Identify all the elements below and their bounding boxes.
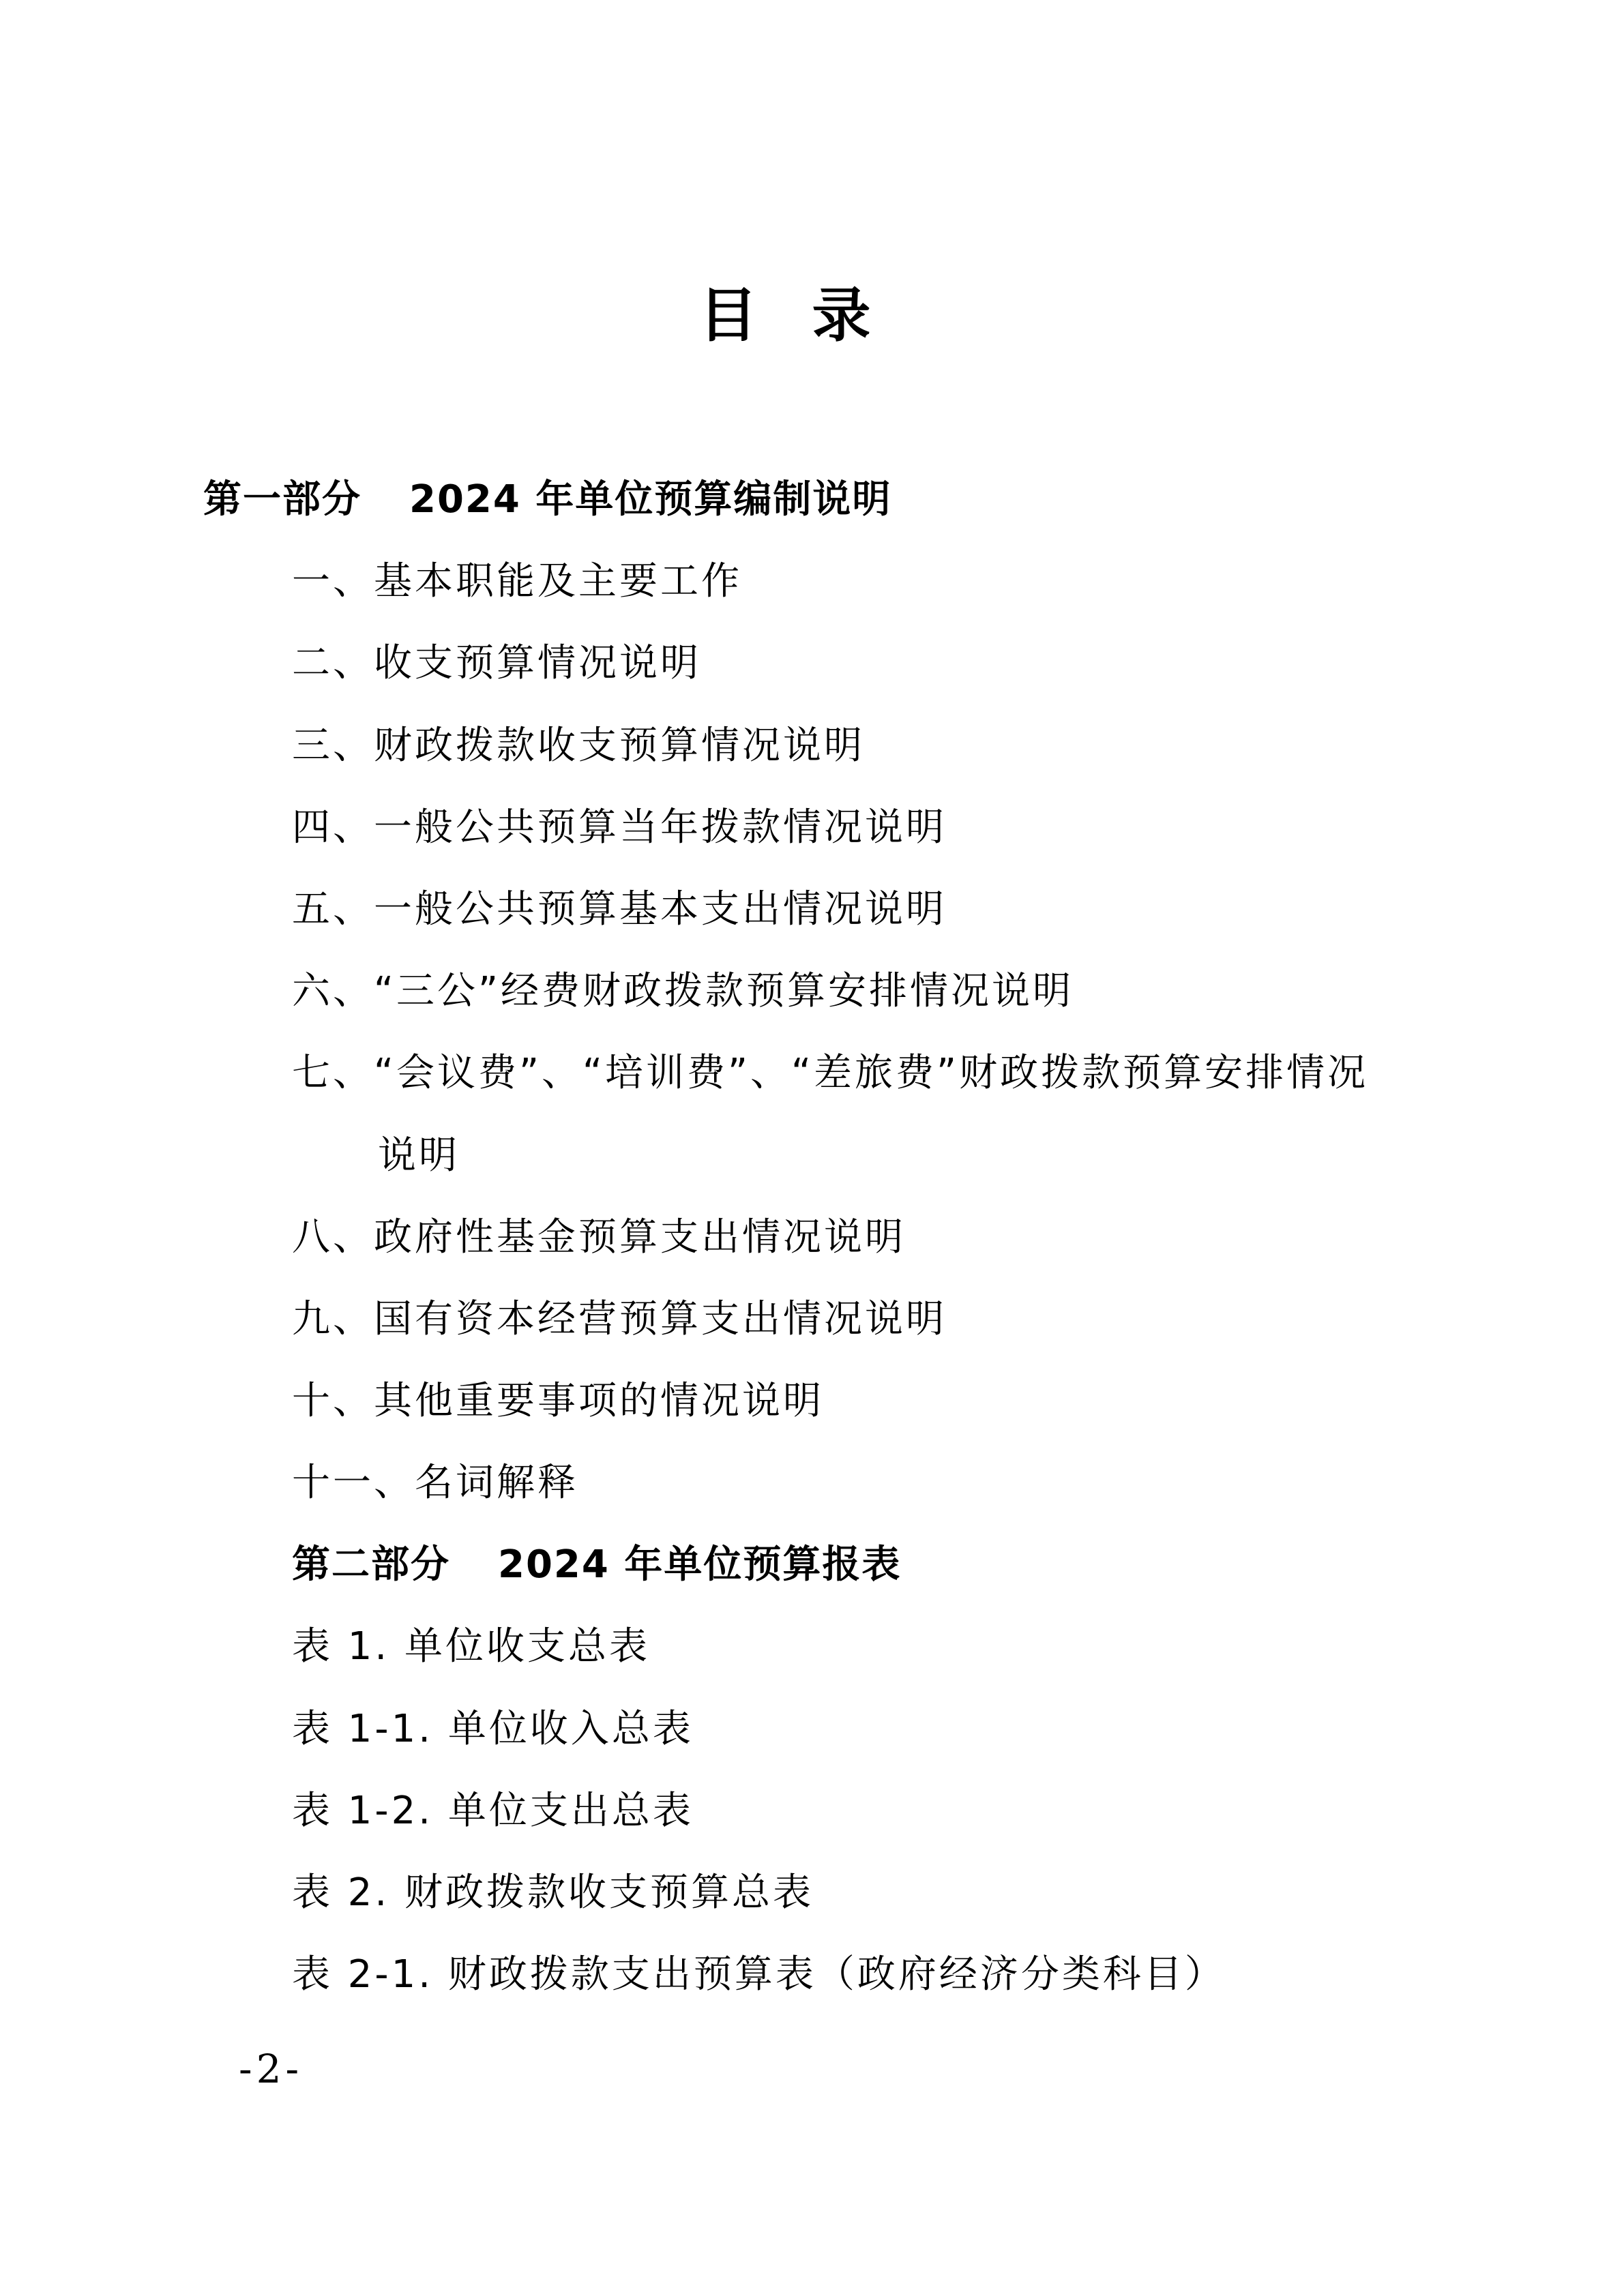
toc-item[interactable]: 十一、名词解释 — [292, 1464, 578, 1502]
toc-item-continuation[interactable]: 说明 — [378, 1137, 460, 1175]
toc-item[interactable]: 一、基本职能及主要工作 — [292, 563, 742, 601]
toc-item[interactable]: 十、其他重要事项的情况说明 — [292, 1382, 824, 1420]
page-number: -2- — [239, 2046, 303, 2092]
toc-item[interactable]: 四、一般公共预算当年拨款情况说明 — [292, 809, 947, 847]
toc-item[interactable]: 二、收支预算情况说明 — [292, 644, 701, 683]
toc-table-item[interactable]: 表 1. 单位收支总表 — [292, 1628, 650, 1666]
toc-table-item[interactable]: 表 2. 财政拨款收支预算总表 — [292, 1874, 814, 1912]
toc-table-item[interactable]: 表 1-2. 单位支出总表 — [292, 1792, 694, 1830]
toc-item[interactable]: 八、政府性基金预算支出情况说明 — [292, 1219, 906, 1257]
toc-item[interactable]: 五、一般公共预算基本支出情况说明 — [292, 891, 947, 929]
page-title: 目录 — [0, 286, 1624, 345]
toc-item[interactable]: 六、“三公”经费财政拨款预算安排情况说明 — [292, 972, 1074, 1011]
part-label: 第一部分 — [203, 477, 361, 522]
part-heading: 2024 年单位预算编制说明 — [409, 477, 891, 522]
part-heading: 2024 年单位预算报表 — [498, 1542, 901, 1587]
part-label: 第二部分 — [292, 1542, 450, 1587]
toc-part1-heading[interactable]: 第一部分2024 年单位预算编制说明 — [203, 481, 891, 519]
toc-item[interactable]: 三、财政拨款收支预算情况说明 — [292, 727, 865, 765]
toc-item[interactable]: 七、“会议费”、“培训费”、“差旅费”财政拨款预算安排情况 — [292, 1054, 1368, 1092]
toc-table-item[interactable]: 表 1-1. 单位收入总表 — [292, 1710, 694, 1748]
toc-part2-heading[interactable]: 第二部分2024 年单位预算报表 — [292, 1546, 901, 1584]
toc-item[interactable]: 九、国有资本经营预算支出情况说明 — [292, 1300, 947, 1339]
toc-table-item[interactable]: 表 2-1. 财政拨款支出预算表（政府经济分类科目） — [292, 1956, 1226, 1994]
